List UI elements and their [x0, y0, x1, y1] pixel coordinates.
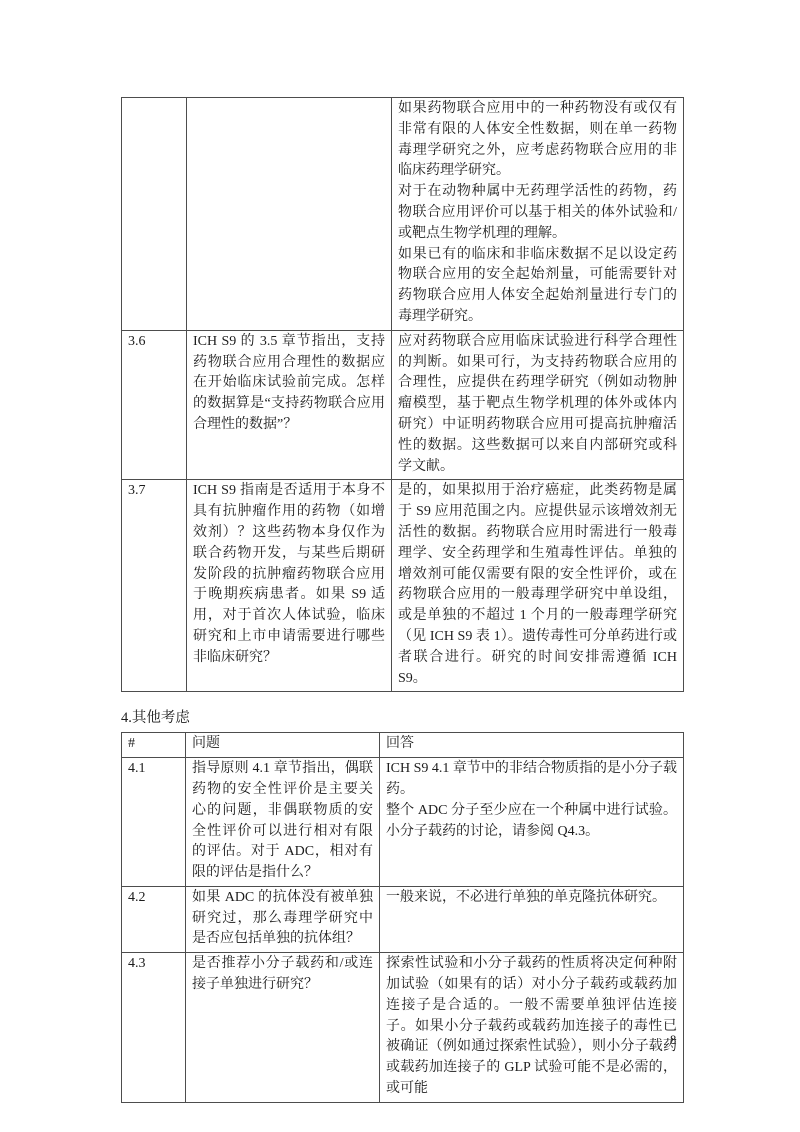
qa-table-section3: 如果药物联合应用中的一种药物没有或仅有非常有限的人体安全性数据，则在单一药物毒理… [121, 97, 684, 692]
qa-table-section4: # 问题 回答 4.1 指导原则 4.1 章节指出，偶联药物的安全性评价是主要关… [121, 732, 684, 1103]
answer-cell: 探索性试验和小分子载药的性质将决定何种附加试验（如果有的话）对小分子载药或载药加… [380, 953, 684, 1103]
header-number: # [122, 733, 186, 758]
page-content: 如果药物联合应用中的一种药物没有或仅有非常有限的人体安全性数据，则在单一药物毒理… [121, 97, 683, 1103]
answer-paragraph: 如果已有的临床和非临床数据不足以设定药物联合应用的安全起始剂量，可能需要针对药物… [398, 245, 677, 328]
question-cell: 指导原则 4.1 章节指出，偶联药物的安全性评价是主要关心的问题，非偶联物质的安… [186, 758, 380, 887]
answer-cell: 如果药物联合应用中的一种药物没有或仅有非常有限的人体安全性数据，则在单一药物毒理… [392, 98, 684, 331]
question-cell: 是否推荐小分子载药和/或连接子单独进行研究？ [186, 953, 380, 1103]
answer-paragraph: 探索性试验和小分子载药的性质将决定何种附加试验（如果有的话）对小分子载药或载药加… [386, 954, 677, 1100]
table-row-3-7: 3.7 ICH S9 指南是否适用于本身不具有抗肿瘤作用的药物（如增效剂）？这些… [122, 480, 684, 692]
answer-cell: 应对药物联合应用临床试验进行科学合理性的判断。如果可行，为支持药物联合应用的合理… [392, 330, 684, 480]
question-cell: ICH S9 的 3.5 章节指出，支持药物联合应用合理性的数据应在开始临床试验… [187, 330, 392, 480]
question-cell: ICH S9 指南是否适用于本身不具有抗肿瘤作用的药物（如增效剂）？这些药物本身… [187, 480, 392, 692]
table-row-4-2: 4.2 如果 ADC 的抗体没有被单独研究过，那么毒理学研究中是否应包括单独的抗… [122, 886, 684, 952]
table-row-4-3: 4.3 是否推荐小分子载药和/或连接子单独进行研究？ 探索性试验和小分子载药的性… [122, 953, 684, 1103]
answer-paragraph: 对于在动物种属中无药理学活性的药物，药物联合应用评价可以基于相关的体外试验和/或… [398, 182, 677, 244]
table-row-3-6: 3.6 ICH S9 的 3.5 章节指出，支持药物联合应用合理性的数据应在开始… [122, 330, 684, 480]
header-question: 问题 [186, 733, 380, 758]
table-row-4-1: 4.1 指导原则 4.1 章节指出，偶联药物的安全性评价是主要关心的问题，非偶联… [122, 758, 684, 887]
answer-cell: ICH S9 4.1 章节中的非结合物质指的是小分子载药。 整个 ADC 分子至… [380, 758, 684, 887]
question-cell [187, 98, 392, 331]
answer-paragraph: 是的，如果拟用于治疗癌症，此类药物是属于 S9 应用范围之内。应提供显示该增效剂… [398, 481, 677, 689]
answer-cell: 是的，如果拟用于治疗癌症，此类药物是属于 S9 应用范围之内。应提供显示该增效剂… [392, 480, 684, 692]
row-number-cell [122, 98, 187, 331]
section-heading: 4.其他考虑 [121, 708, 683, 729]
row-number-cell: 4.1 [122, 758, 186, 887]
row-number-cell: 3.7 [122, 480, 187, 692]
answer-paragraph: 整个 ADC 分子至少应在一个种属中进行试验。小分子载药的讨论，请参阅 Q4.3… [386, 801, 677, 843]
question-cell: 如果 ADC 的抗体没有被单独研究过，那么毒理学研究中是否应包括单独的抗体组？ [186, 886, 380, 952]
row-number-cell: 3.6 [122, 330, 187, 480]
header-answer: 回答 [380, 733, 684, 758]
table-header-row: # 问题 回答 [122, 733, 684, 758]
answer-paragraph: 如果药物联合应用中的一种药物没有或仅有非常有限的人体安全性数据，则在单一药物毒理… [398, 99, 677, 182]
table-row-continuation: 如果药物联合应用中的一种药物没有或仅有非常有限的人体安全性数据，则在单一药物毒理… [122, 98, 684, 331]
answer-paragraph: 一般来说，不必进行单独的单克隆抗体研究。 [386, 888, 677, 909]
row-number-cell: 4.3 [122, 953, 186, 1103]
page-number: 8 [670, 1032, 676, 1048]
answer-cell: 一般来说，不必进行单独的单克隆抗体研究。 [380, 886, 684, 952]
document-page: 如果药物联合应用中的一种药物没有或仅有非常有限的人体安全性数据，则在单一药物毒理… [0, 0, 800, 1132]
row-number-cell: 4.2 [122, 886, 186, 952]
answer-paragraph: ICH S9 4.1 章节中的非结合物质指的是小分子载药。 [386, 759, 677, 801]
answer-paragraph: 应对药物联合应用临床试验进行科学合理性的判断。如果可行，为支持药物联合应用的合理… [398, 332, 677, 478]
